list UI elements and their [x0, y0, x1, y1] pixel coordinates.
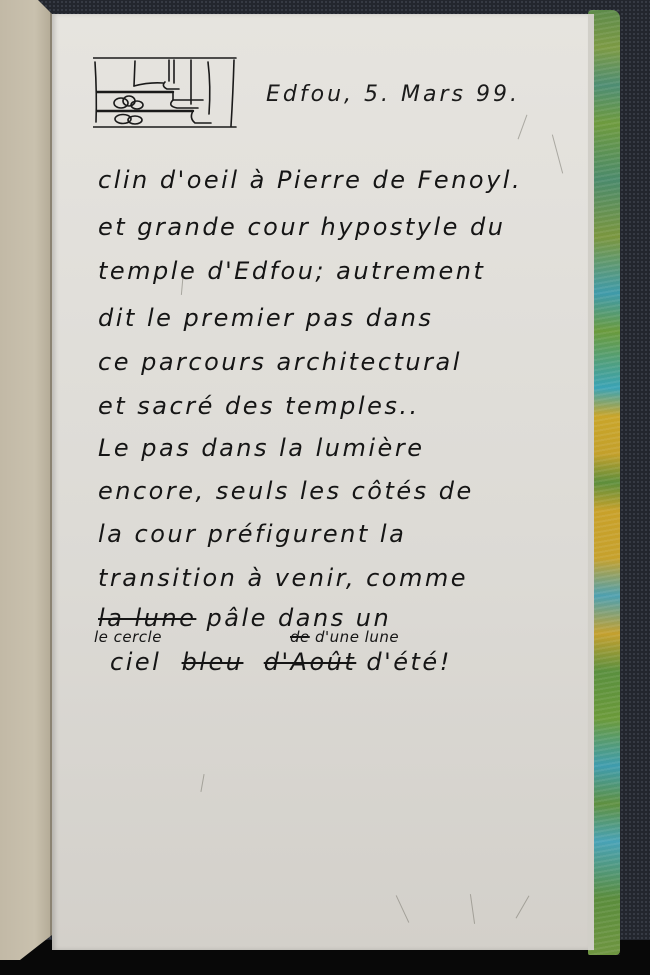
text-line: encore, seuls les côtés de: [98, 477, 474, 505]
text-line: transition à venir, comme: [98, 564, 468, 592]
text-span: d'une lune: [315, 628, 399, 646]
interlinear-insertion: de d'une lune: [290, 628, 399, 646]
text-span: d'été!: [366, 648, 451, 676]
paper-fiber: [396, 895, 410, 923]
text-line: et sacré des temples..: [98, 392, 420, 420]
left-facing-page: [0, 0, 52, 960]
text-line: la cour préfigurent la: [98, 520, 406, 548]
struck-word: bleu: [182, 648, 244, 676]
paper-fiber: [470, 894, 475, 924]
text-span: ciel: [110, 648, 161, 676]
struck-word: de: [290, 628, 310, 646]
paper-fiber: [516, 895, 530, 918]
interlinear-insertion: le cercle: [94, 628, 162, 646]
text-line: temple d'Edfou; autrement: [98, 257, 485, 285]
text-line: Le pas dans la lumière: [98, 434, 424, 462]
temple-sketch-icon: [93, 56, 238, 130]
text-line: ce parcours architectural: [98, 348, 462, 376]
text-line: clin d'oeil à Pierre de Fenoyl.: [98, 166, 522, 194]
paper-fiber: [518, 115, 528, 140]
revised-line: ciel bleu d'Août d'été!: [110, 648, 452, 676]
text-line: dit le premier pas dans: [98, 304, 433, 332]
text-line: et grande cour hypostyle du: [98, 213, 506, 241]
struck-word: d'Août: [264, 648, 357, 676]
notebook-page: Edfou, 5. Mars 99. clin d'oeil à Pierre …: [52, 14, 594, 950]
date-heading: Edfou, 5. Mars 99.: [266, 82, 520, 107]
paper-fiber: [200, 774, 204, 792]
paper-fiber: [552, 135, 563, 174]
